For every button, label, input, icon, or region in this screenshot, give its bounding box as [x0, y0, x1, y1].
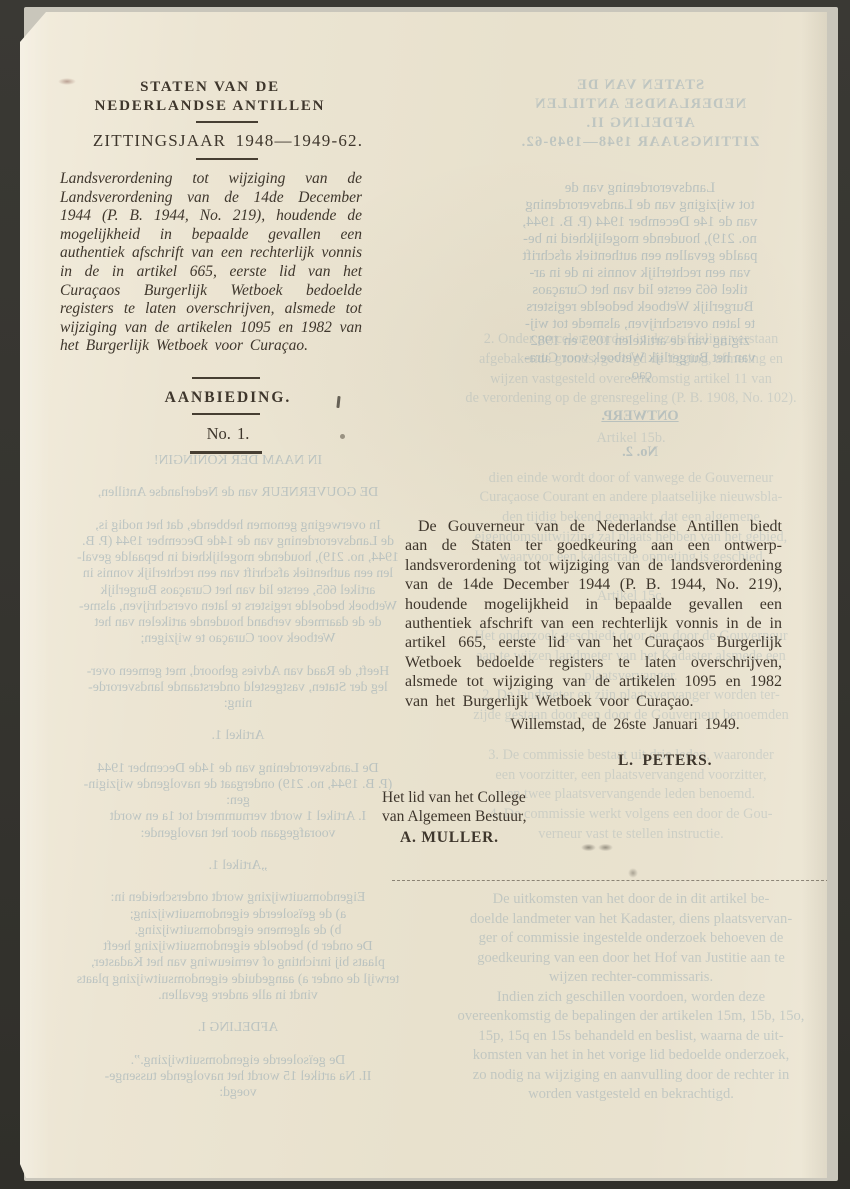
signature-governor: L. PETERS.: [618, 752, 712, 770]
ghost-text-line: van de 14e December 1944 (P. B. 1944,: [450, 214, 830, 231]
ghost-text-line: wijzen vastgesteld overeenkomstig artike…: [432, 370, 830, 390]
ghost-text-line: Burgerlijk Wetboek bedoelde registers: [450, 299, 830, 316]
ghost-text-line: [52, 744, 424, 760]
ghost-text-line: gen:: [52, 792, 424, 808]
ghost-text-line: De Landsverordening van de 14de December…: [52, 760, 424, 776]
signature-member-role-line2: van Algemeen Bestuur,: [382, 807, 526, 826]
fold-crease-line: [392, 880, 834, 881]
ghost-text-line: 2. Onder percelen worden in deze afdelin…: [432, 330, 830, 350]
ghost-text-line: leg der Staten, vastgesteld onderstaande…: [52, 679, 424, 695]
ghost-text-line: [52, 646, 424, 662]
ghost-text-line: voegd:: [52, 1084, 424, 1100]
ghost-text-line: afgebakende gronds, gevolgd de ligging, …: [432, 350, 830, 370]
ghost-text-line: plaats bij inrichting of vernieuwing van…: [52, 954, 424, 970]
ghost-text-line: zo nodig na wijziging en aanvulling door…: [430, 1066, 832, 1086]
divider-rule-5: [190, 451, 262, 454]
ghost-text-line: overeenkomstig de bepalingen der artikel…: [430, 1007, 832, 1027]
ghost-text-line: „Artikel 1.: [52, 857, 424, 873]
divider-rule-1: [196, 121, 258, 123]
scan-background: STATEN VAN DENEDERLANDSE ANTILLENAFDELIN…: [0, 0, 850, 1189]
signature-member-block: Het lid van het College van Algemeen Bes…: [382, 788, 526, 847]
masthead-line2: NEDERLANDSE ANTILLEN: [45, 97, 375, 116]
ghost-text-line: [52, 873, 424, 889]
masthead-line1: STATEN VAN DE: [45, 78, 375, 97]
ghost-text-line: [432, 409, 830, 429]
ghost-text-line: van een rechterlijk vonnis in de in ar-: [450, 265, 830, 282]
ghost-text-line: [52, 841, 424, 857]
ghost-text-line: de de daarmede verband houdende artikele…: [52, 614, 424, 630]
number-heading-no1: No. 1.: [48, 424, 408, 444]
ghost-text-line: b) de algemene eigendomsuitwijzing.: [52, 922, 424, 938]
ghost-text-line: wijzen rechter-commissaris.: [430, 968, 832, 988]
ghost-text-line: artikel 665, eerste lid van het Curaçaos…: [52, 582, 424, 598]
ghost-text-line: Curaçaose Courant en andere plaatselijke…: [432, 488, 830, 508]
ghost-text-line: dien einde wordt door of vanwege de Gouv…: [432, 469, 830, 489]
ghost-text-line: Wetboek voor Curaçao te wijzigen;: [52, 630, 424, 646]
ghost-text-line: STATEN VAN DE: [450, 76, 830, 95]
ghost-text-line: tot wijziging van de Landsverordening: [450, 197, 830, 214]
ghost-text-line: worden vastgesteld en bekrachtigd.: [430, 1085, 832, 1105]
ghost-text-line: doelde landmeter van het Kadaster, diens…: [430, 910, 832, 930]
ghost-text-line: Artikel 15b.: [432, 429, 830, 449]
ghost-text-line: (P. B. 1944, no. 219) ondergaat de navol…: [52, 776, 424, 792]
session-year-line: ZITTINGSJAAR 1948—1949-62.: [48, 131, 408, 151]
ghost-text-line: Wetboek bedoelde registers te laten over…: [52, 598, 424, 614]
ghost-text-line: De geïsoleerde eigendomsuitwijzing.”.: [52, 1052, 424, 1068]
bleedthrough-right-heading: STATEN VAN DENEDERLANDSE ANTILLENAFDELIN…: [450, 76, 830, 152]
ghost-text-line: Eigendomsuitwijzing wordt onderscheiden …: [52, 889, 424, 905]
ghost-text-line: [52, 1035, 424, 1051]
signature-member-role-line1: Het lid van het College: [382, 788, 526, 807]
bleedthrough-right-bottom-text: De uitkomsten van het door de in dit art…: [430, 890, 832, 1105]
ghost-text-line: a) de geïsoleerde eigendomsuitwijzing;: [52, 906, 424, 922]
ghost-text-line: ZITTINGSJAAR 1948—1949-62.: [450, 133, 830, 152]
pencil-speck: [628, 868, 638, 878]
ghost-text-line: 15p, 15q en 15s behandeld en beslist, wa…: [430, 1027, 832, 1047]
ghost-text-line: no. 219), houdende mogelijkheid in be-: [450, 231, 830, 248]
ghost-text-line: II. Na artikel 15 wordt het navolgende t…: [52, 1068, 424, 1084]
summary-paragraph: Landsverordening tot wijziging van de La…: [60, 170, 362, 356]
ghost-text-line: AFDELING I.: [52, 1019, 424, 1035]
ghost-text-line: Artikel 1.: [52, 727, 424, 743]
ghost-text-line: Heeft, de Raad van Advies gehoord, met g…: [52, 663, 424, 679]
ghost-text-line: de verordening op de grensregeling (P. B…: [432, 389, 830, 409]
ghost-text-line: Landsverordening van de: [450, 180, 830, 197]
divider-rule-2: [196, 158, 258, 160]
ghost-text-line: DE GOUVERNEUR van de Nederlandse Antille…: [52, 484, 424, 500]
ghost-text-line: AFDELING II.: [450, 114, 830, 133]
ghost-text-line: [52, 711, 424, 727]
ghost-text-line: ger of commissie ingestelde onderzoek be…: [430, 929, 832, 949]
ghost-text-line: de Landsverordening van de 14de December…: [52, 533, 424, 549]
ghost-text-line: goedkeuring van een door het Hof van Jus…: [430, 949, 832, 969]
ghost-text-line: paalde gevallen een authentiek afschrift: [450, 248, 830, 265]
ghost-text-line: len een authentiek afschrift van een rec…: [52, 565, 424, 581]
ghost-text-line: I. Artikel 1 wordt vernummerd tot 1a en …: [52, 808, 424, 824]
ghost-text-line: Indien zich geschillen voordoen, worden …: [430, 988, 832, 1008]
divider-rule-4: [192, 413, 260, 415]
ghost-text-line: komsten van het in het vorige lid bedoel…: [430, 1046, 832, 1066]
masthead: STATEN VAN DE NEDERLANDSE ANTILLEN: [45, 78, 375, 115]
bleedthrough-left-text: IN NAAM DER KONINGIN! DE GOUVERNEUR van …: [52, 452, 424, 1100]
ghost-text-line: De uitkomsten van het door de in dit art…: [430, 890, 832, 910]
section-heading-aanbieding: AANBIEDING.: [48, 389, 408, 407]
ghost-text-line: vindt in alle andere gevallen.: [52, 987, 424, 1003]
divider-rule-3: [192, 377, 260, 379]
ghost-text-line: [52, 468, 424, 484]
ghost-text-line: [432, 449, 830, 469]
ghost-text-line: ning:: [52, 695, 424, 711]
ghost-text-line: 1944, no. 219), houdende mogelijkheid in…: [52, 549, 424, 565]
ghost-text-line: De onder b) bedoelde eigendomsuitwijzing…: [52, 938, 424, 954]
ghost-text-line: NEDERLANDSE ANTILLEN: [450, 95, 830, 114]
body-paragraph: De Gouverneur van de Nederlandse Antille…: [405, 517, 782, 711]
ghost-text-line: In overweging genomen hebbende, dat het …: [52, 517, 424, 533]
signature-member-name: A. MULLER.: [382, 826, 526, 847]
ghost-text-line: tikel 665 eerste lid van het Curaçaos: [450, 282, 830, 299]
ghost-text-line: terwijl de onder a) aangeduide eigendoms…: [52, 971, 424, 987]
ghost-text-line: voorafgegaan door het navolgende:: [52, 825, 424, 841]
ghost-text-line: [52, 501, 424, 517]
ghost-text-line: IN NAAM DER KONINGIN!: [52, 452, 424, 468]
ghost-text-line: [52, 1003, 424, 1019]
dateline: Willemstad, de 26ste Januari 1949.: [455, 716, 795, 734]
document-page: STATEN VAN DENEDERLANDSE ANTILLENAFDELIN…: [20, 12, 827, 1178]
